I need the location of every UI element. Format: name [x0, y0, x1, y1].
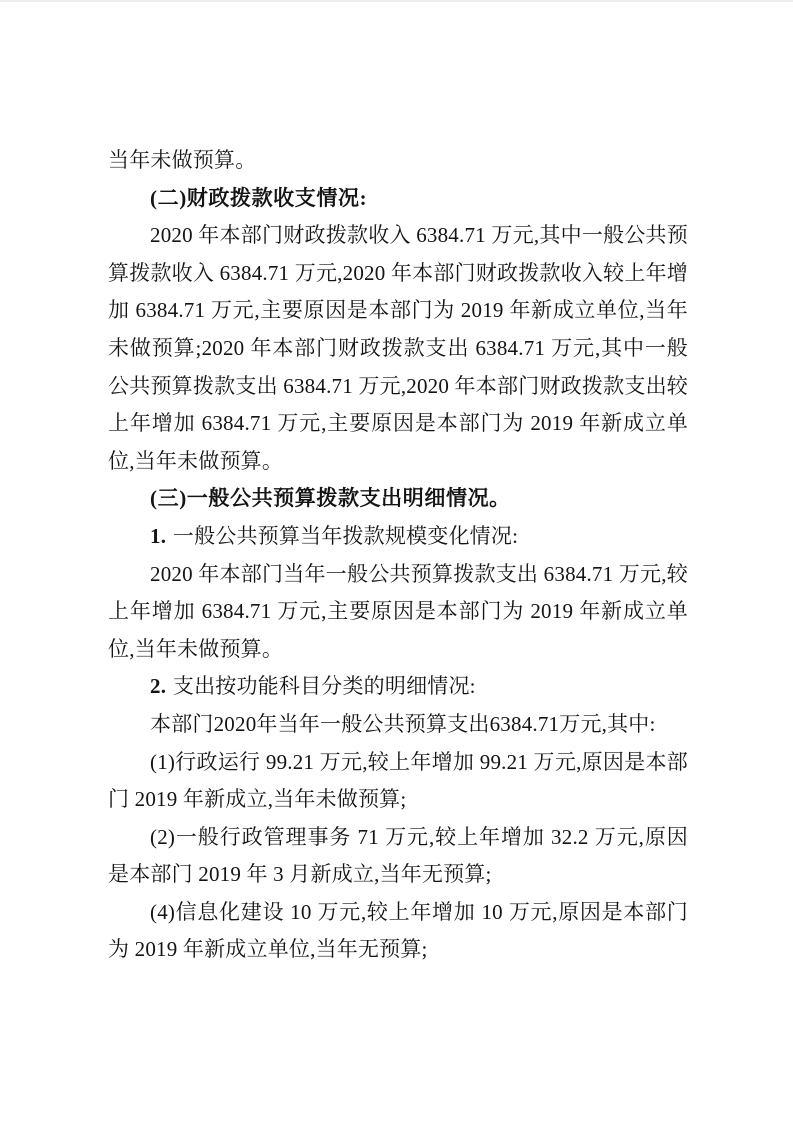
section-heading-3: (三)一般公共预算拨款支出明细情况。 [108, 480, 688, 518]
document-page: 当年未做预算。 (二)财政拨款收支情况: 2020 年本部门财政拨款收入 638… [0, 0, 793, 1122]
paragraph-expenditure-total: 本部门2020年当年一般公共预算支出6384.71万元,其中: [108, 706, 688, 744]
document-body: 当年未做预算。 (二)财政拨款收支情况: 2020 年本部门财政拨款收入 638… [108, 142, 688, 969]
paragraph-budget-scale-change: 2020 年本部门当年一般公共预算拨款支出 6384.71 万元,较上年增加 6… [108, 556, 688, 669]
numbered-item-1: 1.一般公共预算当年拨款规模变化情况: [108, 518, 688, 556]
numbered-item-2-label: 支出按功能科目分类的明细情况: [173, 674, 476, 698]
section-heading-2: (二)财政拨款收支情况: [108, 180, 688, 218]
numbered-item-2-number: 2. [150, 674, 166, 698]
numbered-item-2: 2.支出按功能科目分类的明细情况: [108, 668, 688, 706]
paragraph-continuation: 当年未做预算。 [108, 142, 688, 180]
numbered-item-1-label: 一般公共预算当年拨款规模变化情况: [173, 524, 518, 548]
paragraph-item-4-informatization: (4)信息化建设 10 万元,较上年增加 10 万元,原因是本部门为 2019 … [108, 894, 688, 969]
numbered-item-1-number: 1. [150, 524, 166, 548]
paragraph-item-1-admin-operation: (1)行政运行 99.21 万元,较上年增加 99.21 万元,原因是本部门 2… [108, 744, 688, 819]
paragraph-fiscal-appropriation: 2020 年本部门财政拨款收入 6384.71 万元,其中一般公共预算拨款收入 … [108, 217, 688, 480]
paragraph-item-2-general-admin: (2)一般行政管理事务 71 万元,较上年增加 32.2 万元,原因是本部门 2… [108, 819, 688, 894]
